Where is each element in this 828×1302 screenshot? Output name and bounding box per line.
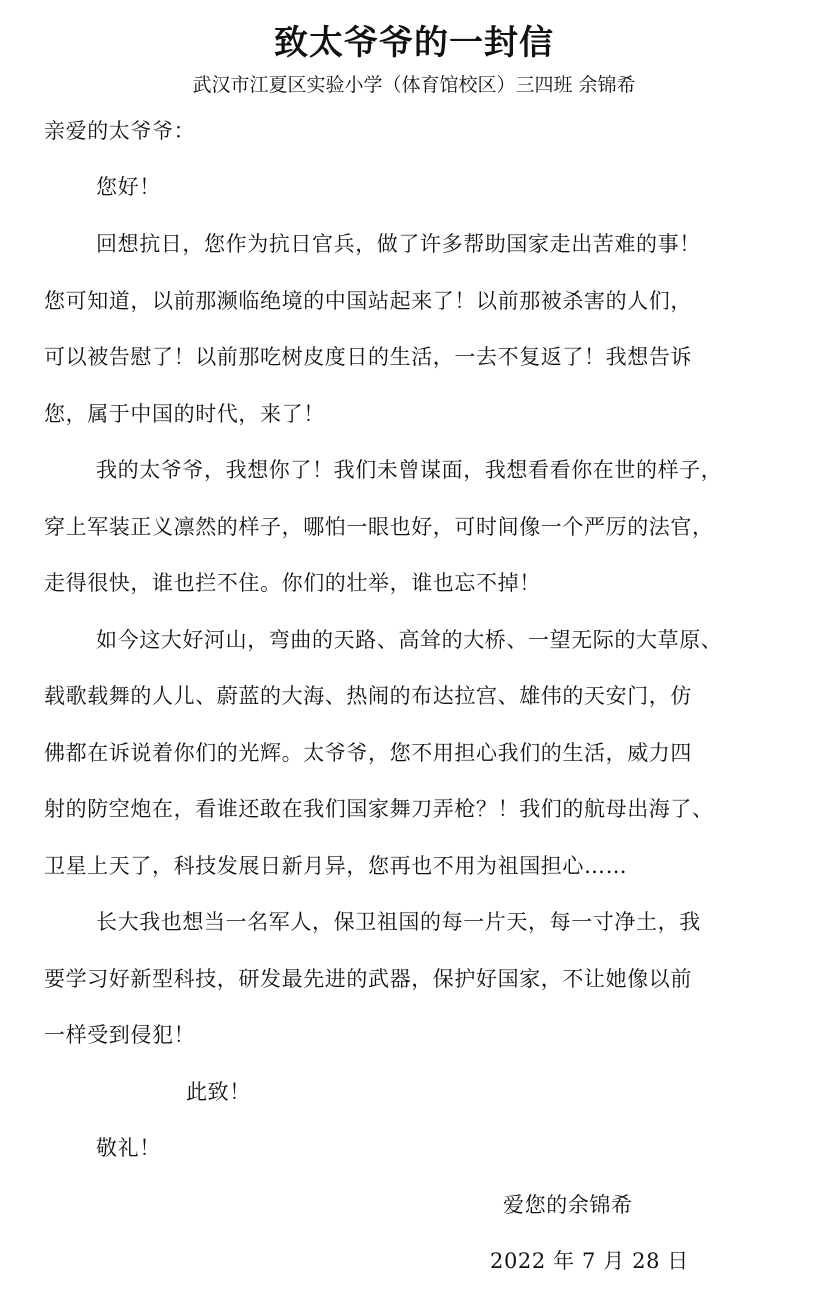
paragraph-2-line-2: 穿上军装正义凛然的样子，哪怕一眼也好，可时间像一个严厉的法官， <box>44 512 804 542</box>
paragraph-1-line-1: 回想抗日，您作为抗日官兵，做了许多帮助国家走出苦难的事！ <box>96 229 828 259</box>
paragraph-3-line-2: 载歌载舞的人儿、蔚蓝的大海、热闹的布达拉宫、雄伟的天安门，仿 <box>44 681 804 711</box>
paragraph-3-line-4: 射的防空炮在，看谁还敢在我们国家舞刀弄枪？！我们的航母出海了、 <box>44 794 804 824</box>
salutation: 亲爱的太爷爷： <box>44 116 804 146</box>
paragraph-1-line-2: 您可知道，以前那濒临绝境的中国站起来了！以前那被杀害的人们， <box>44 286 804 316</box>
paragraph-2-line-3: 走得很快，谁也拦不住。你们的壮举，谁也忘不掉！ <box>44 568 804 598</box>
author-school-line: 武汉市江夏区实验小学（体育馆校区）三四班 余锦希 <box>0 70 828 100</box>
paragraph-4-line-3: 一样受到侵犯！ <box>44 1020 804 1050</box>
paragraph-3-line-1: 如今这大好河山，弯曲的天路、高耸的大桥、一望无际的大草原、 <box>96 625 828 655</box>
paragraph-3-line-3: 佛都在诉说着你们的光辉。太爷爷，您不用担心我们的生活，威力四 <box>44 738 804 768</box>
greeting: 您好！ <box>96 172 828 202</box>
letter-title: 致太爷爷的一封信 <box>0 18 828 68</box>
paragraph-4-line-1: 长大我也想当一名军人，保卫祖国的每一片天，每一寸净土，我 <box>96 907 828 937</box>
paragraph-1-line-3: 可以被告慰了！以前那吃树皮度日的生活，一去不复返了！我想告诉 <box>44 342 804 372</box>
closing-cizhi: 此致！ <box>186 1077 828 1107</box>
paragraph-3-line-5: 卫星上天了，科技发展日新月异，您再也不用为祖国担心…… <box>44 851 804 881</box>
closing-jingli: 敬礼！ <box>96 1133 828 1163</box>
paragraph-4-line-2: 要学习好新型科技，研发最先进的武器，保护好国家，不让她像以前 <box>44 964 804 994</box>
signature: 爱您的余锦希 <box>503 1190 828 1220</box>
paragraph-1-line-4: 您，属于中国的时代，来了！ <box>44 399 804 429</box>
letter-date: 2022 年 7 月 28 日 <box>490 1246 828 1276</box>
paragraph-2-line-1: 我的太爷爷，我想你了！我们未曾谋面，我想看看你在世的样子， <box>96 455 828 485</box>
